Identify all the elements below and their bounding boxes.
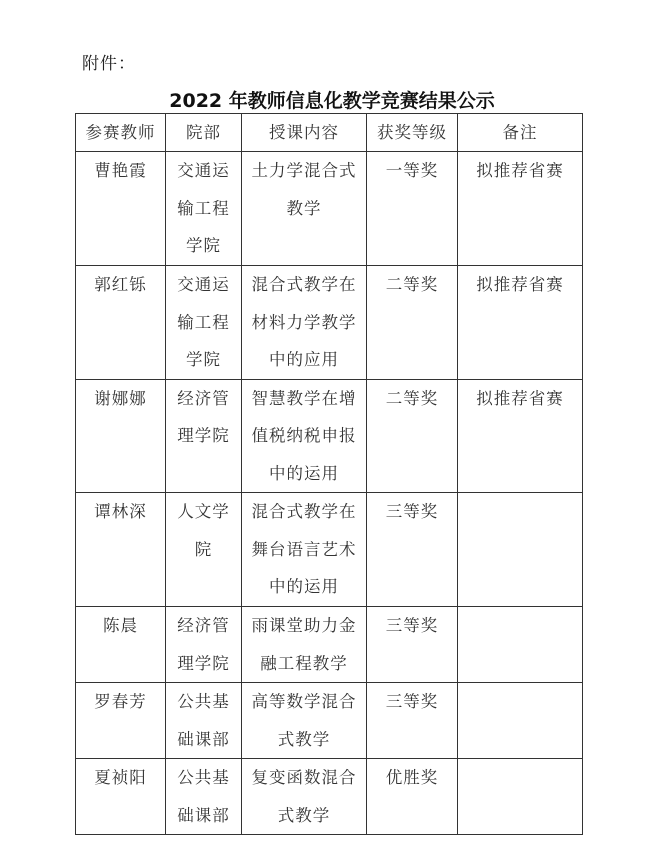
header-teacher: 参赛教师 [76,114,166,152]
cell-dept: 交通运输工程学院 [166,266,242,380]
table-row: 谭林深 人文学院 混合式教学在舞台语言艺术中的运用 三等奖 [76,493,583,607]
cell-award: 二等奖 [367,266,458,380]
cell-teacher: 罗春芳 [76,683,166,759]
cell-award: 二等奖 [367,379,458,493]
cell-dept: 经济管理学院 [166,607,242,683]
cell-award: 三等奖 [367,683,458,759]
cell-award: 一等奖 [367,152,458,266]
results-table: 参赛教师 院部 授课内容 获奖等级 备注 曹艳霞 交通运输工程学院 土力学混合式… [75,113,583,835]
table-header-row: 参赛教师 院部 授课内容 获奖等级 备注 [76,114,583,152]
cell-award: 三等奖 [367,607,458,683]
header-note: 备注 [458,114,583,152]
header-dept: 院部 [166,114,242,152]
cell-teacher: 夏祯阳 [76,759,166,835]
table-row: 陈晨 经济管理学院 雨课堂助力金融工程教学 三等奖 [76,607,583,683]
cell-note [458,683,583,759]
cell-content: 高等数学混合式教学 [242,683,367,759]
table-row: 郭红铄 交通运输工程学院 混合式教学在材料力学教学中的应用 二等奖 拟推荐省赛 [76,266,583,380]
cell-dept: 人文学院 [166,493,242,607]
cell-note: 拟推荐省赛 [458,152,583,266]
cell-content: 混合式教学在舞台语言艺术中的运用 [242,493,367,607]
cell-dept: 经济管理学院 [166,379,242,493]
cell-note [458,759,583,835]
cell-dept: 公共基础课部 [166,683,242,759]
page-title: 2022 年教师信息化教学竞赛结果公示 [0,86,664,113]
cell-teacher: 郭红铄 [76,266,166,380]
header-content: 授课内容 [242,114,367,152]
cell-note [458,493,583,607]
cell-note: 拟推荐省赛 [458,266,583,380]
cell-award: 优胜奖 [367,759,458,835]
table-row: 谢娜娜 经济管理学院 智慧教学在增值税纳税申报中的运用 二等奖 拟推荐省赛 [76,379,583,493]
attachment-label: 附件： [82,49,136,74]
cell-award: 三等奖 [367,493,458,607]
cell-note: 拟推荐省赛 [458,379,583,493]
cell-note [458,607,583,683]
cell-content: 复变函数混合式教学 [242,759,367,835]
cell-teacher: 谭林深 [76,493,166,607]
table-row: 罗春芳 公共基础课部 高等数学混合式教学 三等奖 [76,683,583,759]
cell-content: 混合式教学在材料力学教学中的应用 [242,266,367,380]
cell-dept: 交通运输工程学院 [166,152,242,266]
cell-content: 雨课堂助力金融工程教学 [242,607,367,683]
cell-teacher: 谢娜娜 [76,379,166,493]
table-row: 夏祯阳 公共基础课部 复变函数混合式教学 优胜奖 [76,759,583,835]
cell-dept: 公共基础课部 [166,759,242,835]
table-row: 曹艳霞 交通运输工程学院 土力学混合式教学 一等奖 拟推荐省赛 [76,152,583,266]
cell-teacher: 陈晨 [76,607,166,683]
cell-content: 土力学混合式教学 [242,152,367,266]
cell-content: 智慧教学在增值税纳税申报中的运用 [242,379,367,493]
cell-teacher: 曹艳霞 [76,152,166,266]
header-award: 获奖等级 [367,114,458,152]
